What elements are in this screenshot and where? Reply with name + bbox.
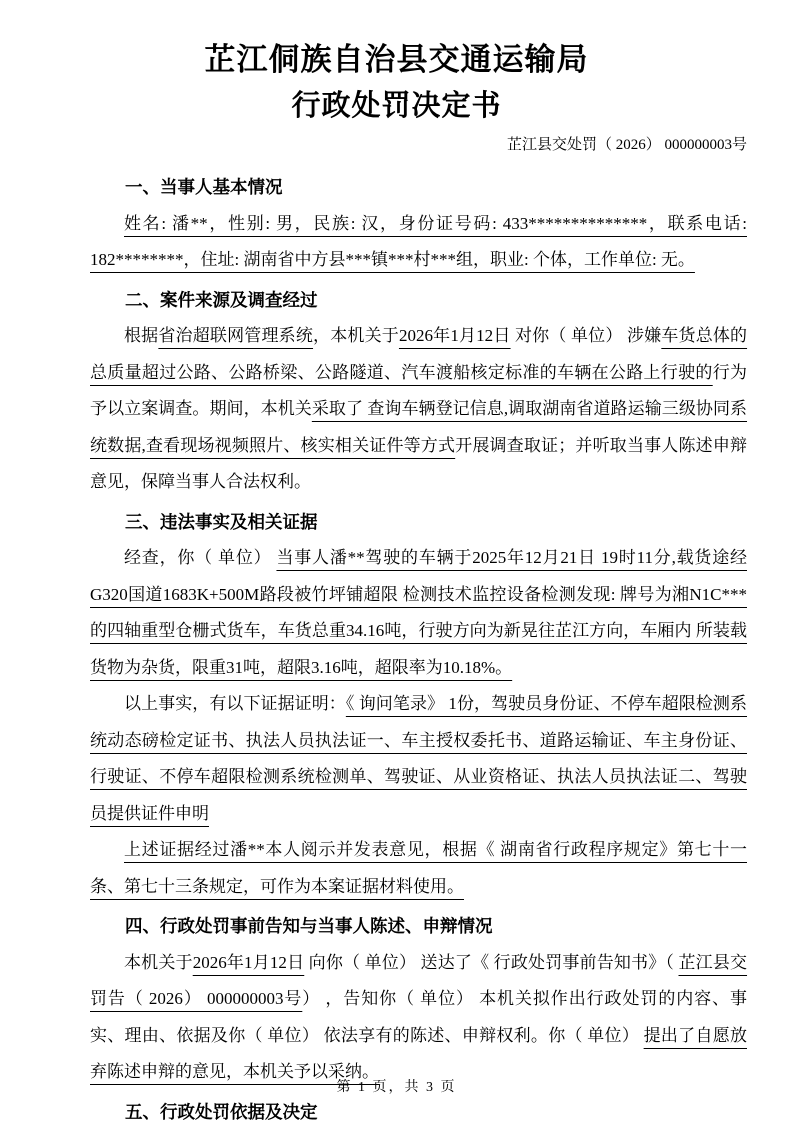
document-number: 芷江县交处罚（ 2026） 000000003号 xyxy=(0,134,793,156)
text-run: 经查，你（ 单位） xyxy=(124,548,276,567)
penalty-decision-document-page: 芷江侗族自治县交通运输局 行政处罚决定书 芷江县交处罚（ 2026） 00000… xyxy=(0,0,793,1122)
section-heading: 二、案件来源及调查经过 xyxy=(90,282,747,319)
paragraph: 上述证据经过潘**本人阅示并发表意见，根据《 湖南省行政程序规定》第七十一条、第… xyxy=(90,832,747,905)
text-run: 本机关于 xyxy=(124,953,193,972)
document-type-title: 行政处罚决定书 xyxy=(0,84,793,128)
text-run: 以上事实，有以下证据证明： xyxy=(124,694,346,713)
underlined-text-run: 上述证据经过潘**本人阅示并发表意见，根据《 湖南省行政程序规定》第七十一条、第… xyxy=(90,840,747,896)
section-heading: 五、行政处罚依据及决定 xyxy=(90,1094,747,1122)
underlined-text-run: 2026年1月12日 xyxy=(193,953,305,972)
underlined-text-run: 当事人潘**驾驶的车辆于2025年12月21日 19时11分,载货途经G320国… xyxy=(90,548,747,677)
text-run: ，本机关于 xyxy=(313,326,399,345)
section-heading: 四、行政处罚事前告知与当事人陈述、申辩情况 xyxy=(90,908,747,945)
underlined-text-run: 省治超联网管理系统 xyxy=(158,326,313,345)
text-run: 向你（ 单位） 送达了《 行政处罚事前告知书》（ xyxy=(304,953,678,972)
section: 二、案件来源及调查经过根据省治超联网管理系统，本机关于2026年1月12日 对你… xyxy=(90,282,747,501)
document-header: 芷江侗族自治县交通运输局 行政处罚决定书 xyxy=(0,0,793,128)
text-run: 对你（ 单位） 涉嫌 xyxy=(511,326,662,345)
paragraph: 本机关于2026年1月12日 向你（ 单位） 送达了《 行政处罚事前告知书》（ … xyxy=(90,945,747,1091)
text-run: 根据 xyxy=(124,326,158,345)
section: 五、行政处罚依据及决定 xyxy=(90,1094,747,1122)
paragraph: 以上事实，有以下证据证明：《 询问笔录》 1份，驾驶员身份证、不停车超限检测系统… xyxy=(90,686,747,832)
section: 一、当事人基本情况姓名: 潘**，性别: 男，民族: 汉，身份证号码: 433*… xyxy=(90,169,747,279)
section: 四、行政处罚事前告知与当事人陈述、申辩情况本机关于2026年1月12日 向你（ … xyxy=(90,908,747,1091)
document-body: 一、当事人基本情况姓名: 潘**，性别: 男，民族: 汉，身份证号码: 433*… xyxy=(0,156,793,1122)
underlined-text-run: 姓名: 潘**，性别: 男，民族: 汉，身份证号码: 433**********… xyxy=(90,214,747,270)
paragraph: 根据省治超联网管理系统，本机关于2026年1月12日 对你（ 单位） 涉嫌车货总… xyxy=(90,318,747,501)
issuing-authority-title: 芷江侗族自治县交通运输局 xyxy=(0,36,793,84)
underlined-text-run: 2026年1月12日 xyxy=(399,326,511,345)
section-heading: 一、当事人基本情况 xyxy=(90,169,747,206)
underlined-text-run: 《 询问笔录》 1份，驾驶员身份证、不停车超限检测系统动态磅检定证书、执法人员执… xyxy=(90,694,747,823)
paragraph: 姓名: 潘**，性别: 男，民族: 汉，身份证号码: 433**********… xyxy=(90,206,747,279)
section: 三、违法事实及相关证据经查，你（ 单位） 当事人潘**驾驶的车辆于2025年12… xyxy=(90,504,747,906)
paragraph: 经查，你（ 单位） 当事人潘**驾驶的车辆于2025年12月21日 19时11分… xyxy=(90,540,747,686)
page-number-footer: 第 1 页，共 3 页 xyxy=(0,1076,793,1096)
section-heading: 三、违法事实及相关证据 xyxy=(90,504,747,541)
